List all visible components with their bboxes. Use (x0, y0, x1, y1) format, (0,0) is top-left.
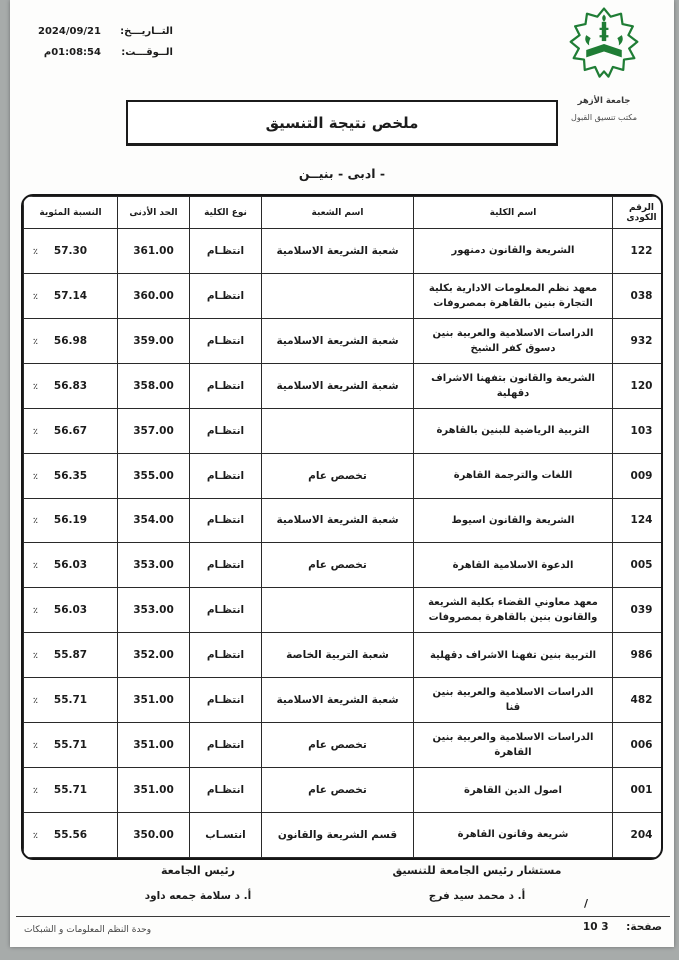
page-numbers: 3 10 (583, 921, 609, 933)
table-row: 124الشريعة والقانون اسيوطشعبة الشريعة ال… (24, 498, 664, 543)
title-box: ملخص نتيجة التنسيق (126, 100, 558, 146)
signature-title: رئيس الجامعة (68, 864, 328, 877)
branch-cell: شعبة الشريعة الاسلامية (262, 678, 414, 723)
branch-cell: قسم الشريعة والقانون (262, 812, 414, 857)
date-label: التــاريـــخ: (115, 26, 173, 37)
coordination-office-name: مكتب تنسيق القبول (548, 113, 660, 122)
branch-cell: شعبة التربية الخاصة (262, 633, 414, 678)
al-azhar-emblem-icon (567, 4, 641, 90)
signature-university-president: رئيس الجامعة أ. د سلامة جمعه داود (68, 864, 328, 902)
minimum-cell: 351.00 (118, 678, 190, 723)
percentage-cell: 55.71٪ (24, 723, 118, 768)
college-cell: الشريعة والقانون بتفهنا الاشراف دقهلية (414, 363, 613, 408)
college-cell: الدراسات الاسلامية والعربية بنين قنا (414, 678, 613, 723)
table-row: 482الدراسات الاسلامية والعربية بنين قناش… (24, 678, 664, 723)
percentage-value: 55.87 (54, 649, 87, 661)
org-block: جامعة الأزهر مكتب تنسيق القبول (548, 4, 660, 122)
table-row: 001اصول الدين القاهرةتخصص عامانتظـام351.… (24, 768, 664, 813)
university-name: جامعة الأزهر (548, 96, 660, 106)
date-row: التــاريـــخ: 2024/09/21 (38, 26, 173, 37)
percent-sign: ٪ (33, 651, 38, 660)
percentage-cell: 57.14٪ (24, 273, 118, 318)
percentage-value: 57.30 (54, 245, 87, 257)
code-cell: 009 (613, 453, 664, 498)
code-cell: 006 (613, 723, 664, 768)
code-cell: 124 (613, 498, 664, 543)
college-cell: اللغات والترجمة القاهرة (414, 453, 613, 498)
header-college: اسم الكلية (414, 197, 613, 229)
percentage-value: 56.03 (54, 559, 87, 571)
percentage-value: 56.19 (54, 514, 87, 526)
code-cell: 482 (613, 678, 664, 723)
percentage-cell: 56.67٪ (24, 408, 118, 453)
minimum-cell: 360.00 (118, 273, 190, 318)
college-cell: الدراسات الاسلامية والعربية بنين دسوق كف… (414, 318, 613, 363)
table-row: 986التربية بنين تفهنا الاشراف دقهليةشعبة… (24, 633, 664, 678)
percent-sign: ٪ (33, 606, 38, 615)
branch-cell: تخصص عام (262, 723, 414, 768)
footer-divider (16, 916, 670, 917)
minimum-cell: 361.00 (118, 229, 190, 274)
branch-cell: شعبة الشريعة الاسلامية (262, 229, 414, 274)
branch-cell: تخصص عام (262, 453, 414, 498)
percent-sign: ٪ (33, 831, 38, 840)
type-cell: انتظـام (190, 588, 262, 633)
percentage-cell: 56.98٪ (24, 318, 118, 363)
time-value: 01:08:54م (44, 47, 101, 58)
branch-cell: شعبة الشريعة الاسلامية (262, 498, 414, 543)
percentage-cell: 56.03٪ (24, 588, 118, 633)
percentage-value: 55.71 (54, 694, 87, 706)
branch-cell: شعبة الشريعة الاسلامية (262, 363, 414, 408)
type-cell: انتظـام (190, 768, 262, 813)
percent-sign: ٪ (33, 516, 38, 525)
code-cell: 039 (613, 588, 664, 633)
percent-sign: ٪ (33, 471, 38, 480)
type-cell: انتظـام (190, 273, 262, 318)
minimum-cell: 351.00 (118, 723, 190, 768)
percent-sign: ٪ (33, 382, 38, 391)
college-cell: شريعة وقانون القاهرة (414, 812, 613, 857)
percent-sign: ٪ (33, 247, 38, 256)
percentage-value: 56.67 (54, 425, 87, 437)
type-cell: انتظـام (190, 543, 262, 588)
code-cell: 122 (613, 229, 664, 274)
code-cell: 986 (613, 633, 664, 678)
minimum-cell: 350.00 (118, 812, 190, 857)
percent-sign: ٪ (33, 561, 38, 570)
percent-sign: ٪ (33, 786, 38, 795)
minimum-cell: 357.00 (118, 408, 190, 453)
percentage-cell: 56.35٪ (24, 453, 118, 498)
percentage-value: 57.14 (54, 290, 87, 302)
percentage-cell: 55.71٪ (24, 768, 118, 813)
branch-cell (262, 588, 414, 633)
branch-cell (262, 273, 414, 318)
table-row: 204شريعة وقانون القاهرةقسم الشريعة والقا… (24, 812, 664, 857)
percentage-value: 55.56 (54, 829, 87, 841)
report-meta: التــاريـــخ: 2024/09/21 الــوقـــت: 01:… (38, 26, 173, 68)
type-cell: انتظـام (190, 498, 262, 543)
code-cell: 001 (613, 768, 664, 813)
page-label: صفحة: (626, 921, 662, 933)
percent-sign: ٪ (33, 741, 38, 750)
branch-cell: تخصص عام (262, 543, 414, 588)
table-row: 009اللغات والترجمة القاهرةتخصص عامانتظـا… (24, 453, 664, 498)
college-cell: التربية الرياضية للبنين بالقاهرة (414, 408, 613, 453)
header-percentage: النسبة المئوية (24, 197, 118, 229)
college-cell: الدراسات الاسلامية والعربية بنين القاهرة (414, 723, 613, 768)
minimum-cell: 358.00 (118, 363, 190, 408)
college-cell: اصول الدين القاهرة (414, 768, 613, 813)
code-cell: 038 (613, 273, 664, 318)
header-code: الرقم الكودى (613, 197, 664, 229)
minimum-cell: 354.00 (118, 498, 190, 543)
code-cell: 932 (613, 318, 664, 363)
college-cell: الشريعة والقانون دمنهور (414, 229, 613, 274)
college-cell: معهد نظم المعلومات الادارية بكلية التجار… (414, 273, 613, 318)
header-branch: اسم الشعبة (262, 197, 414, 229)
college-cell: الشريعة والقانون اسيوط (414, 498, 613, 543)
minimum-cell: 355.00 (118, 453, 190, 498)
percentage-cell: 55.56٪ (24, 812, 118, 857)
page-title: ملخص نتيجة التنسيق (266, 114, 419, 132)
date-value: 2024/09/21 (38, 26, 101, 37)
table-row: 103التربية الرياضية للبنين بالقاهرةانتظـ… (24, 408, 664, 453)
percentage-cell: 56.19٪ (24, 498, 118, 543)
type-cell: انتظـام (190, 453, 262, 498)
table-header-row: الرقم الكودى اسم الكلية اسم الشعبة نوع ا… (24, 197, 664, 229)
section-subtitle: - ادبى - بنيــن (10, 166, 674, 181)
code-cell: 005 (613, 543, 664, 588)
code-cell: 103 (613, 408, 664, 453)
type-cell: انتظـام (190, 318, 262, 363)
header-minimum: الحد الأدنى (118, 197, 190, 229)
percentage-cell: 57.30٪ (24, 229, 118, 274)
percentage-value: 56.03 (54, 604, 87, 616)
results-table-wrap: الرقم الكودى اسم الكلية اسم الشعبة نوع ا… (21, 194, 663, 860)
percent-sign: ٪ (33, 696, 38, 705)
percentage-cell: 55.71٪ (24, 678, 118, 723)
minimum-cell: 353.00 (118, 588, 190, 633)
college-cell: معهد معاوني القضاء بكلية الشريعة والقانو… (414, 588, 613, 633)
branch-cell: شعبة الشريعة الاسلامية (262, 318, 414, 363)
page-separator: / (584, 897, 588, 910)
table-row: 122الشريعة والقانون دمنهورشعبة الشريعة ا… (24, 229, 664, 274)
percent-sign: ٪ (33, 337, 38, 346)
percentage-value: 56.98 (54, 335, 87, 347)
percentage-value: 56.83 (54, 380, 87, 392)
minimum-cell: 353.00 (118, 543, 190, 588)
percent-sign: ٪ (33, 292, 38, 301)
branch-cell (262, 408, 414, 453)
percent-sign: ٪ (33, 427, 38, 436)
code-cell: 204 (613, 812, 664, 857)
page-indicator: صفحة: 3 10 (583, 921, 662, 933)
signature-name: أ. د سلامة جمعه داود (68, 890, 328, 902)
type-cell: انتظـام (190, 723, 262, 768)
systems-unit-label: وحدة النظم المعلومات و الشبكات (24, 925, 151, 935)
table-row: 039معهد معاوني القضاء بكلية الشريعة والق… (24, 588, 664, 633)
college-cell: التربية بنين تفهنا الاشراف دقهلية (414, 633, 613, 678)
type-cell: انتسـاب (190, 812, 262, 857)
type-cell: انتظـام (190, 229, 262, 274)
percentage-value: 55.71 (54, 784, 87, 796)
signature-title: مستشار رئيس الجامعة للتنسيق (332, 864, 622, 877)
report-page: التــاريـــخ: 2024/09/21 الــوقـــت: 01:… (10, 0, 674, 947)
table-row: 005الدعوة الاسلامية القاهرةتخصص عامانتظـ… (24, 543, 664, 588)
percentage-value: 56.35 (54, 470, 87, 482)
signature-coordination-advisor: مستشار رئيس الجامعة للتنسيق أ. د محمد سي… (332, 864, 622, 902)
signature-name: أ. د محمد سيد فرج (332, 890, 622, 902)
percentage-cell: 55.87٪ (24, 633, 118, 678)
code-cell: 120 (613, 363, 664, 408)
table-row: 038معهد نظم المعلومات الادارية بكلية الت… (24, 273, 664, 318)
percentage-value: 55.71 (54, 739, 87, 751)
type-cell: انتظـام (190, 363, 262, 408)
percentage-cell: 56.03٪ (24, 543, 118, 588)
results-table: الرقم الكودى اسم الكلية اسم الشعبة نوع ا… (23, 196, 663, 858)
header-type: نوع الكلية (190, 197, 262, 229)
branch-cell: تخصص عام (262, 768, 414, 813)
time-row: الــوقـــت: 01:08:54م (38, 47, 173, 58)
type-cell: انتظـام (190, 678, 262, 723)
table-row: 932الدراسات الاسلامية والعربية بنين دسوق… (24, 318, 664, 363)
type-cell: انتظـام (190, 633, 262, 678)
minimum-cell: 359.00 (118, 318, 190, 363)
minimum-cell: 352.00 (118, 633, 190, 678)
minimum-cell: 351.00 (118, 768, 190, 813)
table-row: 120الشريعة والقانون بتفهنا الاشراف دقهلي… (24, 363, 664, 408)
percentage-cell: 56.83٪ (24, 363, 118, 408)
college-cell: الدعوة الاسلامية القاهرة (414, 543, 613, 588)
table-row: 006الدراسات الاسلامية والعربية بنين القا… (24, 723, 664, 768)
type-cell: انتظـام (190, 408, 262, 453)
results-table-body: 122الشريعة والقانون دمنهورشعبة الشريعة ا… (24, 229, 664, 858)
time-label: الــوقـــت: (115, 47, 173, 58)
